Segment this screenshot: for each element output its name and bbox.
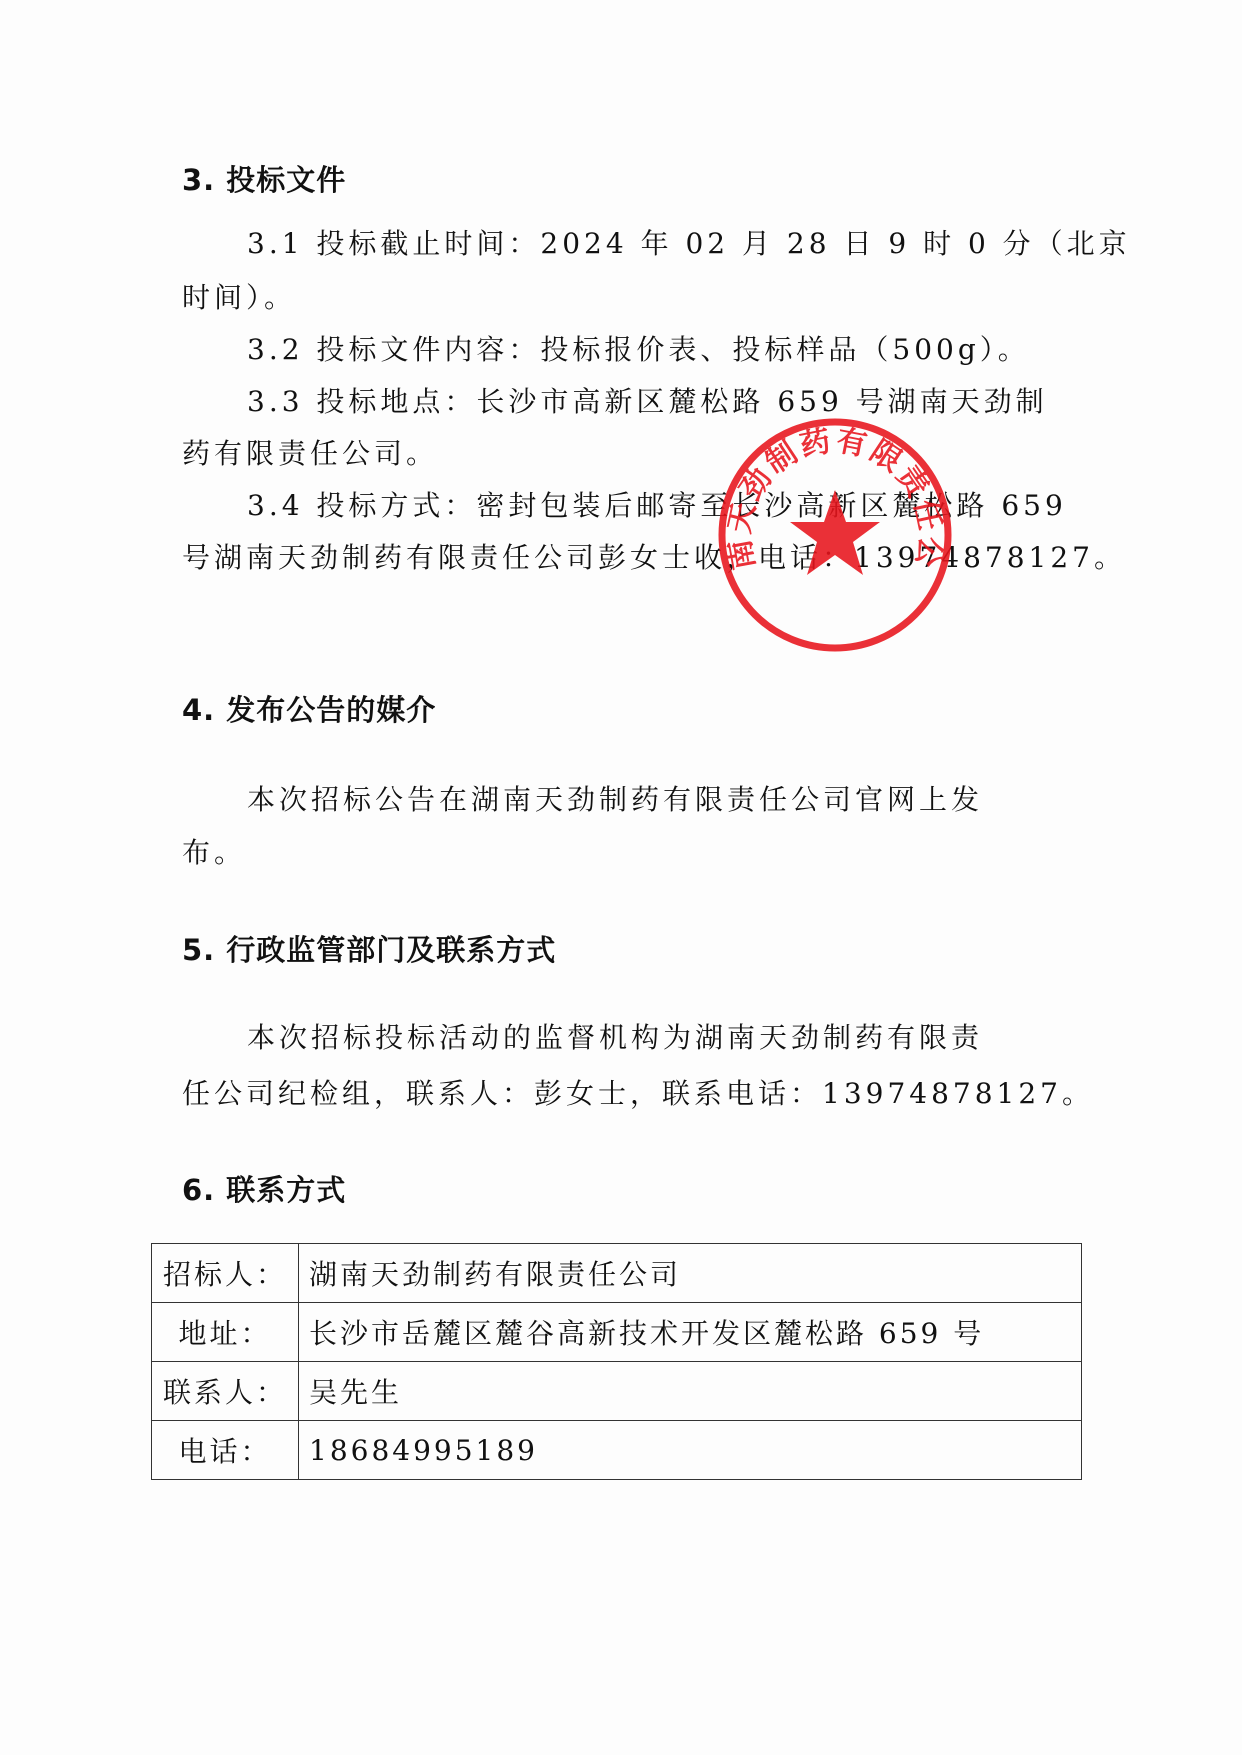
section-4-heading: 4. 发布公告的媒介 — [182, 688, 436, 729]
para-3-3-line2: 药有限责任公司。 — [182, 432, 438, 472]
para-3-2: 3.2 投标文件内容：投标报价表、投标样品（500g）。 — [247, 328, 1030, 368]
para-3-1-line1: 3.1 投标截止时间：2024 年 02 月 28 日 9 时 0 分（北京 — [247, 222, 1131, 262]
table-row: 地址：长沙市岳麓区麓谷高新技术开发区麓松路 659 号 — [152, 1303, 1082, 1362]
para-4-line1: 本次招标公告在湖南天劲制药有限责任公司官网上发 — [247, 778, 983, 818]
para-3-4-line2: 号湖南天劲制药有限责任公司彭女士收，电话：13974878127。 — [182, 536, 1126, 576]
value-cell: 18684995189 — [299, 1421, 1082, 1480]
label-cell: 招标人： — [152, 1244, 299, 1303]
para-3-3-line1: 3.3 投标地点：长沙市高新区麓松路 659 号湖南天劲制 — [247, 380, 1048, 420]
value-cell: 吴先生 — [299, 1362, 1082, 1421]
contact-table: 招标人：湖南天劲制药有限责任公司 地址：长沙市岳麓区麓谷高新技术开发区麓松路 6… — [151, 1243, 1082, 1480]
value-cell: 湖南天劲制药有限责任公司 — [299, 1244, 1082, 1303]
para-5-line1: 本次招标投标活动的监督机构为湖南天劲制药有限责 — [247, 1016, 983, 1056]
para-4-line2: 布。 — [182, 831, 246, 871]
value-cell: 长沙市岳麓区麓谷高新技术开发区麓松路 659 号 — [299, 1303, 1082, 1362]
table-row: 招标人：湖南天劲制药有限责任公司 — [152, 1244, 1082, 1303]
table-row: 联系人：吴先生 — [152, 1362, 1082, 1421]
label-cell: 电话： — [152, 1421, 299, 1480]
section-5-heading: 5. 行政监管部门及联系方式 — [182, 928, 556, 969]
company-seal-icon: 湖南天劲制药有限责任公司 — [715, 415, 955, 655]
section-3-heading: 3. 投标文件 — [182, 158, 346, 199]
table-row: 电话：18684995189 — [152, 1421, 1082, 1480]
para-3-1-line2: 时间）。 — [182, 276, 296, 316]
label-cell: 地址： — [152, 1303, 299, 1362]
section-6-heading: 6. 联系方式 — [182, 1168, 346, 1209]
para-5-line2: 任公司纪检组，联系人：彭女士，联系电话：13974878127。 — [182, 1072, 1094, 1112]
label-cell: 联系人： — [152, 1362, 299, 1421]
